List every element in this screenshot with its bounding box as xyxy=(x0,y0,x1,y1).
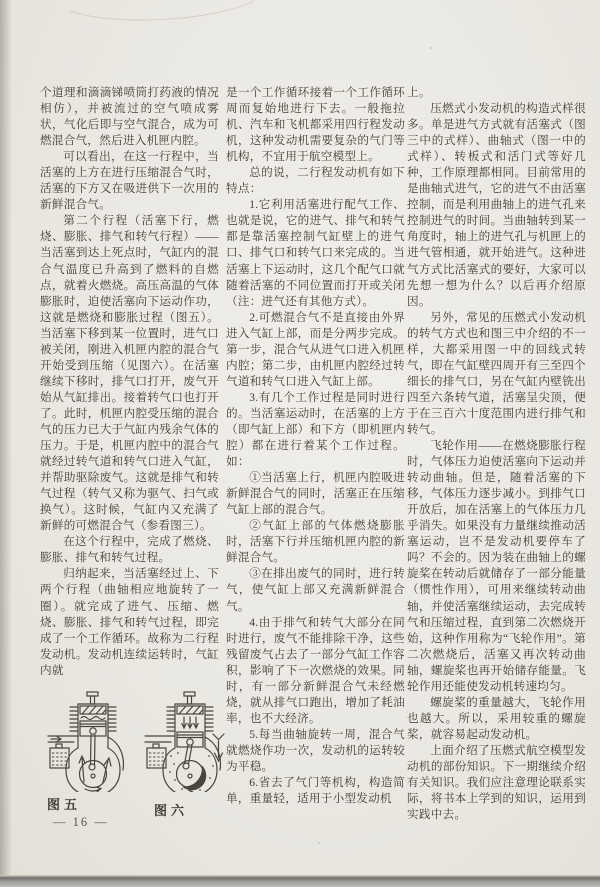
paragraph: 4.由于排气和转气大部分在同时进行，废气不能排除干净，这些残留废气占去了一部分气… xyxy=(226,615,405,727)
paragraph: ①当活塞上行，机匣内腔吸进新鲜混合气的同时，活塞正在压缩气缸上部的混合气。 xyxy=(226,470,405,518)
figure-row: 图五 xyxy=(47,690,236,819)
paragraph: 可以看出，在这一行程中，当活塞的上方在进行压缩混合气时，活塞的下方又在吸进供下一… xyxy=(40,149,219,213)
paragraph: 螺旋桨的重量越大，飞轮作用也越大。所以，采用较重的螺旋桨，就容易起动发动机。 xyxy=(407,695,586,743)
paragraph: 上面介绍了压燃式航空模型发动机的部份知识。下一期继续介绍有关知识。我们应注意理论… xyxy=(407,743,586,823)
paragraph: 6.省去了气门等机构，构造简单，重量轻，适用于小型发动机 xyxy=(226,775,405,807)
paragraph: 总的说，二行程发动机有如下特点： xyxy=(226,165,405,197)
paragraph: ②气缸上部的气体燃烧膨胀时，活塞下行并压缩机匣内腔的新鲜混合气。 xyxy=(226,518,405,566)
paragraph: 归纳起来，当活塞经过上、下两个行程（曲轴相应地旋转了一圈）。就完成了进气、压缩、… xyxy=(40,566,219,678)
paragraph: 第二个行程（活塞下行，燃烧、膨胀、排气和转气行程）——当活塞到达上死点时，气缸内… xyxy=(40,213,219,534)
engine-cross-section-compression-diagram xyxy=(47,690,139,792)
text-column-middle: 是一个工作循环接着一个工作循环周而复始地进行下去。一般拖拉机、汽车和飞机都采用四… xyxy=(226,85,405,807)
paragraph: 压燃式小发动机的构造式样很多。单是进气方式就有活塞式（图三中的式样）、曲轴式（图… xyxy=(407,101,586,310)
paragraph: 3.有几个工作过程是同时进行的。当活塞运动时，在活塞的上方（即气缸上部）和下方（… xyxy=(226,390,405,470)
paragraph: 1.它利用活塞进行配气工作、也就是说，它的进气、排气和转气都是靠活塞控制气缸壁上… xyxy=(226,197,405,309)
paragraph: 上。 xyxy=(407,85,586,101)
paragraph: 2.可燃混合气不是直接由外界进入气缸上部，而是分两步完成。第一步，混合气从进气口… xyxy=(226,310,405,390)
paper-crease xyxy=(54,0,269,26)
paragraph: 是一个工作循环接着一个工作循环周而复始地进行下去。一般拖拉机、汽车和飞机都采用四… xyxy=(226,85,405,165)
figure-5-caption: 图五 xyxy=(47,794,139,813)
scan-bottom-edge xyxy=(0,875,600,887)
scanned-book-page: 个道理和滴滴锑喷筒打药液的情况相仿），并被流过的空气喷成雾状，气化后即与空气混合… xyxy=(0,0,600,887)
paragraph: 个道理和滴滴锑喷筒打药液的情况相仿），并被流过的空气喷成雾状，气化后即与空气混合… xyxy=(40,85,219,149)
text-column-left: 个道理和滴滴锑喷筒打药液的情况相仿），并被流过的空气喷成雾状，气化后即与空气混合… xyxy=(40,85,219,679)
paragraph: 5.每当曲轴旋转一周，混合气就燃烧作功一次，发动机的运转较为平稳。 xyxy=(226,727,405,775)
paragraph: 在这个行程中，完成了燃烧、膨胀、排气和转气过程。 xyxy=(40,534,219,566)
paragraph: 另外，常见的压燃式小发动机的转气方式也和图三中介绍的不一样，大都采用图一中的回线… xyxy=(407,310,586,438)
paragraph: ③在排出废气的同时，进行转气，使气缸上部又充满新鲜混合气。 xyxy=(226,566,405,614)
figure-5: 图五 xyxy=(47,690,139,819)
page-number: — 16 — xyxy=(53,815,109,830)
text-column-right: 上。 压燃式小发动机的构造式样很多。单是进气方式就有活塞式（图三中的式样）、曲轴… xyxy=(407,85,586,823)
paper-speck xyxy=(318,842,320,844)
paragraph: 飞轮作用——在燃烧膨胀行程时，气体压力迫使活塞向下运动并转动曲轴。但是，随着活塞… xyxy=(407,438,586,695)
scan-left-shadow xyxy=(0,0,12,887)
figure-6-caption: 图六 xyxy=(154,800,236,819)
paper-speck xyxy=(430,47,432,49)
piston-motion-down-arrow-icon xyxy=(211,731,227,767)
